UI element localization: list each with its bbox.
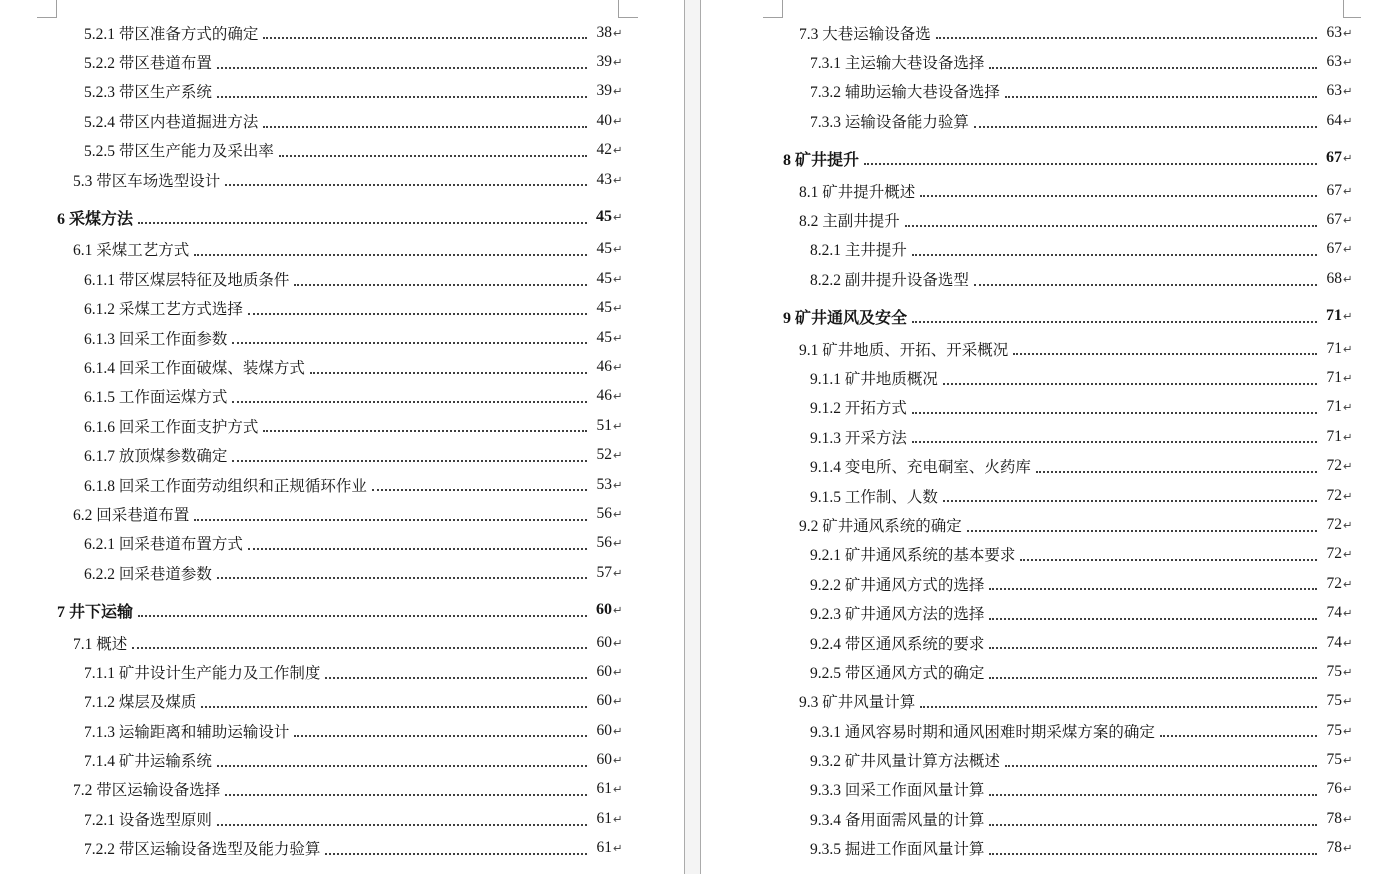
toc-entry[interactable]: 7.2.2 带区运输设备选型及能力验算61↵ [57,834,625,863]
toc-page-number: 72 [1320,575,1342,593]
paragraph-mark-icon: ↵ [613,694,625,708]
dot-leader [217,824,587,826]
dot-leader [263,430,587,432]
toc-page-number: 56 [590,534,612,552]
toc-entry-label: 5.2.2 带区巷道布置 [57,51,217,73]
dot-leader [263,126,587,128]
paragraph-mark-icon: ↵ [1343,724,1355,738]
toc-page-number: 45 [590,270,612,288]
toc-entry[interactable]: 6.1.5 工作面运煤方式46↵ [57,382,625,411]
toc-entry-label: 7.1.3 运输距离和辅助运输设计 [57,720,294,742]
toc-entry[interactable]: 6.1.7 放顶煤参数确定52↵ [57,440,625,469]
paragraph-mark-icon: ↵ [1343,342,1355,356]
dot-leader [912,441,1317,443]
toc-page-number: 38 [590,24,612,42]
toc-entry-label: 9.1 矿井地质、开拓、开采概况 [783,338,1013,360]
dot-leader [138,615,587,617]
toc-entry[interactable]: 7.1 概述60↵ [57,628,625,657]
dot-leader [989,794,1317,796]
toc-entry[interactable]: 7.1.2 煤层及煤质60↵ [57,687,625,716]
paragraph-mark-icon: ↵ [613,841,625,855]
dot-leader [1013,353,1317,355]
toc-page-number: 60 [590,601,612,619]
dot-leader [1160,735,1317,737]
toc-entry[interactable]: 6.1.2 采煤工艺方式选择45↵ [57,294,625,323]
toc-entry-label: 9.1.3 开采方法 [783,426,912,448]
paragraph-mark-icon: ↵ [1343,547,1355,561]
dot-leader [263,37,587,39]
toc-entry[interactable]: 6.1.3 回采工作面参数45↵ [57,323,625,352]
toc-entry-label: 7.2 带区运输设备选择 [57,778,225,800]
dot-leader [279,155,587,157]
paragraph-mark-icon: ↵ [1343,371,1355,385]
toc-entry[interactable]: 7.3 大巷运输设备选63↵ [783,18,1355,47]
toc-page-number: 45 [590,299,612,317]
paragraph-mark-icon: ↵ [613,753,625,767]
paragraph-mark-icon: ↵ [613,536,625,550]
toc-entry[interactable]: 7.2 带区运输设备选择61↵ [57,775,625,804]
toc-page-number: 46 [590,387,612,405]
dot-leader [920,195,1317,197]
dot-leader [217,577,587,579]
toc-entry-label: 9.2.3 矿井通风方法的选择 [783,602,989,624]
toc-entry-label: 7.2.2 带区运输设备选型及能力验算 [57,837,325,859]
toc-entry[interactable]: 9.1 矿井地质、开拓、开采概况71↵ [783,334,1355,363]
toc-page-number: 71 [1320,428,1342,446]
toc-entry[interactable]: 9.2 矿井通风系统的确定72↵ [783,510,1355,539]
toc-entry[interactable]: 5.2.1 带区准备方式的确定38↵ [57,18,625,47]
dot-leader [248,313,587,315]
toc-entry-label: 7.1.2 煤层及煤质 [57,690,201,712]
toc-page-number: 64 [1320,112,1342,130]
toc-entry-label: 6.2.2 回采巷道参数 [57,562,217,584]
paragraph-mark-icon: ↵ [1343,841,1355,855]
toc-entry[interactable]: 9.3.1 通风容易时期和通风困难时期采煤方案的确定75↵ [783,716,1355,745]
toc-entry-label: 7.3.2 辅助运输大巷设备选择 [783,80,1005,102]
dot-leader [225,794,587,796]
dot-leader [974,284,1317,286]
paragraph-mark-icon: ↵ [613,478,625,492]
paragraph-mark-icon: ↵ [1343,26,1355,40]
toc-entry[interactable]: 9.3.4 备用面需风量的计算78↵ [783,804,1355,833]
dot-leader [138,222,587,224]
toc-entry-label: 5.2.4 带区内巷道掘进方法 [57,110,263,132]
paragraph-mark-icon: ↵ [1343,694,1355,708]
paragraph-mark-icon: ↵ [1343,812,1355,826]
toc-page-number: 71 [1320,307,1342,325]
toc-entry[interactable]: 9.2.2 矿井通风方式的选择72↵ [783,569,1355,598]
paragraph-mark-icon: ↵ [1343,489,1355,503]
paragraph-mark-icon: ↵ [613,143,625,157]
toc-page-number: 60 [590,634,612,652]
toc-page-number: 43 [590,171,612,189]
dot-leader [967,530,1317,532]
toc-entry-label: 9.1.1 矿井地质概况 [783,367,943,389]
dot-leader [217,67,587,69]
toc-entry-label: 8 矿井提升 [783,147,864,170]
dot-leader [989,618,1317,620]
toc-page-number: 63 [1320,53,1342,71]
toc-entry-label: 6.2.1 回采巷道布置方式 [57,532,248,554]
toc-entry-label: 6.2 回采巷道布置 [57,503,194,525]
toc-entry[interactable]: 9.3.3 回采工作面风量计算76↵ [783,775,1355,804]
paragraph-mark-icon: ↵ [613,360,625,374]
paragraph-mark-icon: ↵ [1343,665,1355,679]
dot-leader [194,254,587,256]
toc-entry-label: 7 井下运输 [57,599,138,622]
toc-page-number: 75 [1320,722,1342,740]
toc-page-number: 61 [590,780,612,798]
toc-page-number: 60 [590,692,612,710]
toc-entry-label: 5.2.1 带区准备方式的确定 [57,22,263,44]
paragraph-mark-icon: ↵ [613,272,625,286]
dot-leader [217,96,587,98]
paragraph-mark-icon: ↵ [613,301,625,315]
toc-entry-label: 6 采煤方法 [57,206,138,229]
paragraph-mark-icon: ↵ [613,448,625,462]
toc-entry-label: 8.1 矿井提升概述 [783,180,920,202]
toc-entry-label: 5.3 带区车场选型设计 [57,169,225,191]
paragraph-mark-icon: ↵ [1343,242,1355,256]
dot-leader [294,284,587,286]
toc-page-number: 72 [1320,487,1342,505]
dot-leader [248,548,587,550]
toc-entry[interactable]: 9.2.4 带区通风系统的要求74↵ [783,628,1355,657]
toc-page-number: 60 [590,751,612,769]
toc-page-number: 61 [590,839,612,857]
toc-page-number: 74 [1320,604,1342,622]
toc-entry-label: 5.2.5 带区生产能力及采出率 [57,139,279,161]
toc-page-number: 60 [590,663,612,681]
dot-leader [232,401,587,403]
paragraph-mark-icon: ↵ [613,603,625,617]
dot-leader [974,126,1317,128]
dot-leader [912,412,1317,414]
toc-entry[interactable]: 6.2.2 回采巷道参数57↵ [57,558,625,587]
toc-entry[interactable]: 9.1.3 开采方法71↵ [783,422,1355,451]
paragraph-mark-icon: ↵ [1343,213,1355,227]
toc-entry-label: 9.3.3 回采工作面风量计算 [783,778,989,800]
toc-page-number: 45 [590,329,612,347]
toc-page-number: 39 [590,53,612,71]
paragraph-mark-icon: ↵ [613,812,625,826]
toc-entry-label: 7.1 概述 [57,632,132,654]
toc-entry[interactable]: 8.2 主副井提升67↵ [783,205,1355,234]
text-boundary-mark-left-page-top-left [37,0,57,18]
toc-entry[interactable]: 5.2.3 带区生产系统39↵ [57,77,625,106]
toc-entry-label: 7.3.3 运输设备能力验算 [783,110,974,132]
paragraph-mark-icon: ↵ [613,636,625,650]
paragraph-mark-icon: ↵ [1343,55,1355,69]
dot-leader [920,706,1317,708]
paragraph-mark-icon: ↵ [1343,459,1355,473]
dot-leader [1036,471,1317,473]
toc-page-number: 56 [590,505,612,523]
toc-page-number: 72 [1320,545,1342,563]
toc-entry[interactable]: 6.2.1 回采巷道布置方式56↵ [57,529,625,558]
toc-entry[interactable]: 7.3.2 辅助运输大巷设备选择63↵ [783,77,1355,106]
toc-entry-label: 9 矿井通风及安全 [783,305,912,328]
toc-entry[interactable]: 7.1.1 矿井设计生产能力及工作制度60↵ [57,657,625,686]
text-boundary-mark-right-page-top-right [1343,0,1361,18]
toc-page-number: 71 [1320,369,1342,387]
word-print-layout-view: 5.2.1 带区准备方式的确定38↵5.2.2 带区巷道布置39↵5.2.3 带… [0,0,1373,874]
toc-page-number: 75 [1320,692,1342,710]
toc-entry[interactable]: 5.2.5 带区生产能力及采出率42↵ [57,136,625,165]
toc-entry-label: 6.1.7 放顶煤参数确定 [57,444,232,466]
toc-entry-label: 9.2 矿井通风系统的确定 [783,514,967,536]
toc-entry[interactable]: 9.3.5 掘进工作面风量计算78↵ [783,834,1355,863]
text-boundary-mark-left-page-top-right [618,0,638,18]
toc-page-number: 45 [590,240,612,258]
toc-entry[interactable]: 9.1.5 工作制、人数72↵ [783,481,1355,510]
paragraph-mark-icon: ↵ [613,419,625,433]
toc-entry-label: 9.1.5 工作制、人数 [783,485,943,507]
dot-leader [325,677,587,679]
toc-page-number: 53 [590,476,612,494]
toc-page-number: 52 [590,446,612,464]
paragraph-mark-icon: ↵ [613,26,625,40]
dot-leader [989,588,1317,590]
toc-page-number: 71 [1320,398,1342,416]
toc-page-number: 42 [590,141,612,159]
paragraph-mark-icon: ↵ [1343,400,1355,414]
toc-entry-label: 9.2.5 带区通风方式的确定 [783,661,989,683]
dot-leader [905,225,1317,227]
toc-entry-label: 7.1.1 矿井设计生产能力及工作制度 [57,661,325,683]
paragraph-mark-icon: ↵ [613,173,625,187]
toc-entry-label: 9.1.4 变电所、充电硐室、火药库 [783,455,1036,477]
paragraph-mark-icon: ↵ [1343,606,1355,620]
toc-page-number: 63 [1320,24,1342,42]
paragraph-mark-icon: ↵ [613,782,625,796]
dot-leader [232,460,587,462]
toc-entry-label: 6.1.5 工作面运煤方式 [57,385,232,407]
toc-entry[interactable]: 9 矿井通风及安全71↵ [783,302,1355,331]
toc-entry[interactable]: 6.1.6 回采工作面支护方式51↵ [57,411,625,440]
toc-entry-label: 8.2 主副井提升 [783,209,905,231]
toc-entry-label: 8.2.1 主井提升 [783,238,912,260]
dot-leader [912,321,1317,323]
dot-leader [989,824,1317,826]
dot-leader [912,254,1317,256]
toc-entry[interactable]: 5.2.2 带区巷道布置39↵ [57,47,625,76]
toc-page-number: 60 [590,722,612,740]
toc-entry[interactable]: 7.3.1 主运输大巷设备选择63↵ [783,47,1355,76]
page-gap [684,0,701,874]
paragraph-mark-icon: ↵ [1343,114,1355,128]
toc-entry[interactable]: 9.2.1 矿井通风系统的基本要求72↵ [783,540,1355,569]
toc-entry-label: 9.3.2 矿井风量计算方法概述 [783,749,1005,771]
toc-entry[interactable]: 9.2.3 矿井通风方法的选择74↵ [783,598,1355,627]
toc-entry-label: 9.2.2 矿井通风方式的选择 [783,573,989,595]
toc-page-number: 45 [590,208,612,226]
toc-entry-label: 6.1.3 回采工作面参数 [57,327,232,349]
dot-leader [132,647,587,649]
dot-leader [936,37,1317,39]
toc-page-number: 72 [1320,457,1342,475]
toc-page-number: 76 [1320,780,1342,798]
dot-leader [310,372,587,374]
toc-page-number: 51 [590,417,612,435]
paragraph-mark-icon: ↵ [613,114,625,128]
toc-page-number: 67 [1320,182,1342,200]
paragraph-mark-icon: ↵ [1343,184,1355,198]
toc-entry[interactable]: 6.1.1 带区煤层特征及地质条件45↵ [57,264,625,293]
paragraph-mark-icon: ↵ [1343,272,1355,286]
dot-leader [201,706,587,708]
paragraph-mark-icon: ↵ [1343,753,1355,767]
toc-entry[interactable]: 6.1.4 回采工作面破煤、装煤方式46↵ [57,352,625,381]
paragraph-mark-icon: ↵ [1343,430,1355,444]
toc-entry[interactable]: 8.2.1 主井提升67↵ [783,235,1355,264]
paragraph-mark-icon: ↵ [1343,636,1355,650]
paragraph-mark-icon: ↵ [1343,151,1355,165]
toc-entry[interactable]: 6.2 回采巷道布置56↵ [57,499,625,528]
toc-entry-label: 6.1 采煤工艺方式 [57,238,194,260]
paragraph-mark-icon: ↵ [613,210,625,224]
toc-entry-label: 9.3.1 通风容易时期和通风困难时期采煤方案的确定 [783,720,1160,742]
dot-leader [217,765,587,767]
toc-page-number: 46 [590,358,612,376]
toc-page-number: 57 [590,564,612,582]
toc-page-left: 5.2.1 带区准备方式的确定38↵5.2.2 带区巷道布置39↵5.2.3 带… [57,18,625,863]
toc-page-number: 78 [1320,839,1342,857]
toc-entry[interactable]: 9.3.2 矿井风量计算方法概述75↵ [783,745,1355,774]
toc-entry-label: 9.2.4 带区通风系统的要求 [783,632,989,654]
toc-entry[interactable]: 8.1 矿井提升概述67↵ [783,176,1355,205]
paragraph-mark-icon: ↵ [613,507,625,521]
toc-entry-label: 9.3.5 掘进工作面风量计算 [783,837,989,859]
toc-entry[interactable]: 9.1.1 矿井地质概况71↵ [783,363,1355,392]
toc-page-number: 71 [1320,340,1342,358]
text-boundary-mark-right-page-top-left [763,0,783,18]
toc-entry[interactable]: 8.2.2 副井提升设备选型68↵ [783,264,1355,293]
toc-entry[interactable]: 6 采煤方法45↵ [57,202,625,231]
paragraph-mark-icon: ↵ [1343,518,1355,532]
toc-entry-label: 9.3.4 备用面需风量的计算 [783,808,989,830]
paragraph-mark-icon: ↵ [1343,309,1355,323]
toc-entry-label: 7.2.1 设备选型原则 [57,808,217,830]
toc-page-number: 78 [1320,810,1342,828]
toc-entry-label: 9.2.1 矿井通风系统的基本要求 [783,543,1020,565]
toc-entry[interactable]: 9.2.5 带区通风方式的确定75↵ [783,657,1355,686]
toc-entry[interactable]: 7.1.4 矿井运输系统60↵ [57,745,625,774]
dot-leader [943,383,1317,385]
dot-leader [989,853,1317,855]
toc-page-number: 75 [1320,751,1342,769]
dot-leader [943,500,1317,502]
toc-page-number: 68 [1320,270,1342,288]
dot-leader [989,677,1317,679]
toc-entry[interactable]: 5.2.4 带区内巷道掘进方法40↵ [57,106,625,135]
paragraph-mark-icon: ↵ [1343,84,1355,98]
toc-entry-label: 6.1.8 回采工作面劳动组织和正规循环作业 [57,474,372,496]
toc-entry[interactable]: 7 井下运输60↵ [57,595,625,624]
toc-page-number: 67 [1320,149,1342,167]
dot-leader [232,342,587,344]
dot-leader [372,489,587,491]
toc-page-number: 74 [1320,634,1342,652]
toc-page-right: 7.3 大巷运输设备选63↵7.3.1 主运输大巷设备选择63↵7.3.2 辅助… [783,18,1355,863]
toc-entry-label: 5.2.3 带区生产系统 [57,80,217,102]
dot-leader [989,67,1317,69]
toc-entry[interactable]: 6.1.8 回采工作面劳动组织和正规循环作业53↵ [57,470,625,499]
toc-entry-label: 7.1.4 矿井运输系统 [57,749,217,771]
paragraph-mark-icon: ↵ [613,331,625,345]
toc-page-number: 67 [1320,240,1342,258]
toc-entry[interactable]: 7.3.3 运输设备能力验算64↵ [783,106,1355,135]
toc-entry-label: 6.1.4 回采工作面破煤、装煤方式 [57,356,310,378]
toc-page-number: 72 [1320,516,1342,534]
paragraph-mark-icon: ↵ [613,724,625,738]
toc-entry-label: 6.1.2 采煤工艺方式选择 [57,297,248,319]
toc-entry[interactable]: 9.3 矿井风量计算75↵ [783,687,1355,716]
paragraph-mark-icon: ↵ [613,55,625,69]
dot-leader [1005,96,1317,98]
toc-entry[interactable]: 9.1.2 开拓方式71↵ [783,393,1355,422]
dot-leader [1020,559,1317,561]
dot-leader [989,647,1317,649]
dot-leader [294,735,587,737]
toc-entry-label: 9.3 矿井风量计算 [783,690,920,712]
dot-leader [1005,765,1317,767]
toc-entry[interactable]: 7.2.1 设备选型原则61↵ [57,804,625,833]
toc-entry[interactable]: 7.1.3 运输距离和辅助运输设计60↵ [57,716,625,745]
toc-page-number: 61 [590,810,612,828]
toc-page-number: 39 [590,82,612,100]
toc-entry-label: 7.3 大巷运输设备选 [783,22,936,44]
toc-page-number: 75 [1320,663,1342,681]
toc-page-number: 63 [1320,82,1342,100]
toc-page-number: 40 [590,112,612,130]
toc-entry-label: 7.3.1 主运输大巷设备选择 [783,51,989,73]
dot-leader [194,519,587,521]
toc-entry-label: 6.1.6 回采工作面支护方式 [57,415,263,437]
toc-entry-label: 8.2.2 副井提升设备选型 [783,268,974,290]
paragraph-mark-icon: ↵ [1343,782,1355,796]
toc-entry[interactable]: 8 矿井提升67↵ [783,144,1355,173]
toc-entry-label: 9.1.2 开拓方式 [783,396,912,418]
paragraph-mark-icon: ↵ [613,84,625,98]
paragraph-mark-icon: ↵ [613,242,625,256]
toc-entry-label: 6.1.1 带区煤层特征及地质条件 [57,268,294,290]
paragraph-mark-icon: ↵ [613,566,625,580]
toc-entry[interactable]: 6.1 采煤工艺方式45↵ [57,235,625,264]
paragraph-mark-icon: ↵ [1343,577,1355,591]
paragraph-mark-icon: ↵ [613,665,625,679]
dot-leader [864,163,1317,165]
toc-entry[interactable]: 5.3 带区车场选型设计43↵ [57,165,625,194]
toc-page-number: 67 [1320,211,1342,229]
paragraph-mark-icon: ↵ [613,389,625,403]
toc-entry[interactable]: 9.1.4 变电所、充电硐室、火药库72↵ [783,451,1355,480]
dot-leader [225,184,587,186]
dot-leader [325,853,587,855]
